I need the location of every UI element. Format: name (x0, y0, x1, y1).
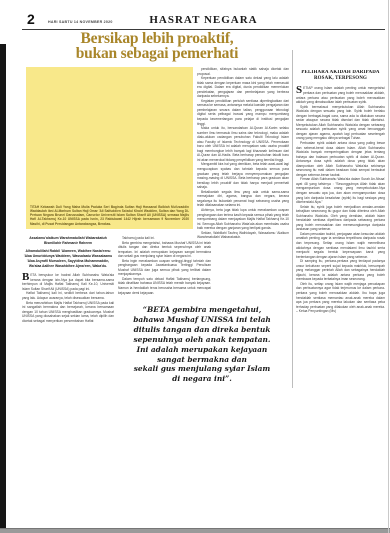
paragraph: Bekalkanlah segala ilmu yang ada untuk s… (197, 190, 289, 208)
article-column-1: Assalamu'alaikum Warahmatullahi Wabaraka… (22, 236, 114, 387)
column-divider (292, 50, 293, 388)
sub-article-lead-paragraph: SETIAP orang Islam adalah penting untuk … (296, 86, 385, 104)
pull-quote-line: bahawa Mushaf UNISSA ini telah (114, 315, 290, 325)
paragraph: Oleh itu, setiap orang Islam wajib menja… (296, 282, 385, 314)
scan-edge-left (0, 44, 6, 533)
scan-edge-bottom (0, 528, 390, 533)
lead-paragraph: BETA bersyukur ke hadrat Allah Subhanahu… (22, 273, 114, 291)
invocation-line: Assalamu'alaikum Warahmatullahi Wabaraka… (22, 236, 114, 241)
paragraph: Haflat Takharruj kali ini, sedikit berbe… (22, 291, 114, 300)
headline: Bersikap lebih proaktif, bukan sebagai p… (26, 31, 288, 61)
pull-quote-line: “BETA gembira mengetahui, (114, 305, 290, 315)
paragraph-text: ETA bersyukur ke hadrat Allah Subhanahu … (22, 273, 114, 291)
paragraph: Sekian, Wabillahi Taufeq Walhidayah, Was… (197, 231, 289, 240)
photo-placeholder: TITAH Kebawah Duli Yang Maha Mulia Paduk… (26, 67, 193, 229)
column-1-paragraphs: Haflat Takharruj kali ini, sedikit berbe… (22, 291, 114, 323)
page-header: 2 HARI SABTU 14 NOVEMBER 2020 HASRAT NEG… (22, 12, 385, 30)
headline-line-2: bukan sebagai pemerhati (26, 46, 288, 61)
paragraph-text: ETIAP orang Islam adalah penting untuk m… (296, 86, 385, 104)
paragraph: Akhirnya, beta juga tidak lupa untuk mer… (197, 208, 289, 231)
paragraph: pendidikan, sifatnya bukanlah statik sah… (197, 67, 289, 76)
paragraph: Beta menzahirkan Majlis Haflat Takharruj… (22, 301, 114, 324)
pull-quote-line: Ini adalah merupakan kejayaan (114, 345, 290, 355)
paragraph: Di samping itu, perkara-perkara yang ter… (296, 259, 385, 282)
photo-caption: TITAH Kebawah Duli Yang Maha Mulia Paduk… (30, 205, 189, 226)
invocation-line: Bismillahir Rahmanir Raheem (22, 241, 114, 246)
pull-quote: “BETA gembira mengetahui,bahawa Mushaf U… (114, 305, 290, 384)
paragraph: Perbuatan syirik adalah antara dosa yang… (296, 141, 385, 177)
scan-edge-right (388, 0, 389, 533)
masthead: HASRAT NEGARA (22, 14, 385, 26)
invocation-block: Assalamu'alaikum Warahmatullahi Wabaraka… (22, 236, 114, 245)
headline-line-1: Bersikap lebih proaktif, (26, 31, 288, 46)
paragraph: Firman Allah Subhanahu Wata'ala dalam Su… (296, 177, 385, 204)
pull-quote-line: di negara ini”. (114, 374, 290, 384)
article-column-3: pendidikan, sifatnya bukanlah statik sah… (197, 67, 289, 305)
pull-quote-line: sangat bermakna dan (114, 355, 290, 365)
paragraph: Kegiatan pendidikan perlulah sentiasa di… (197, 99, 289, 126)
paragraph: Syirik bermaksud menyekutukan Allah Subh… (296, 105, 385, 141)
pull-quote-line: sepenuhnya oleh anak tempatan. (114, 335, 290, 345)
pull-quote-line: sekali gus menjulang syiar Islam (114, 364, 290, 374)
doxology: Alhamdulillahi Rabbil 'Alameen, Wabihee … (22, 249, 114, 268)
newspaper-page: 2 HARI SABTU 14 NOVEMBER 2020 HASRAT NEG… (0, 0, 390, 533)
sub-article-heading: PELIHARA AKIDAH DARIPADA ROSAK, TERPESON… (296, 70, 385, 82)
sub-article-column: PELIHARA AKIDAH DARIPADA ROSAK, TERPESON… (296, 70, 385, 386)
paragraph: Keperluan pendidikan dalam satu dekad ya… (197, 76, 289, 99)
paragraph: Maka untuk itu, bersandarkan Al-Quran Al… (197, 126, 289, 162)
paragraph: Selain itu, syirik juga boleh menjadikan… (296, 205, 385, 232)
sub-article-paragraphs: Syirik bermaksud menyekutukan Allah Subh… (296, 105, 385, 314)
pull-quote-line: ditulis tangan dan direka bentuk (114, 325, 290, 335)
paragraph: Mengambil kira hal yang demikian, beta t… (197, 162, 289, 189)
paragraph: Dalam persoalan tauhid, penjagaan akan k… (296, 232, 385, 259)
sub-heading-line-2: ROSAK, TERPESONG (296, 76, 385, 82)
